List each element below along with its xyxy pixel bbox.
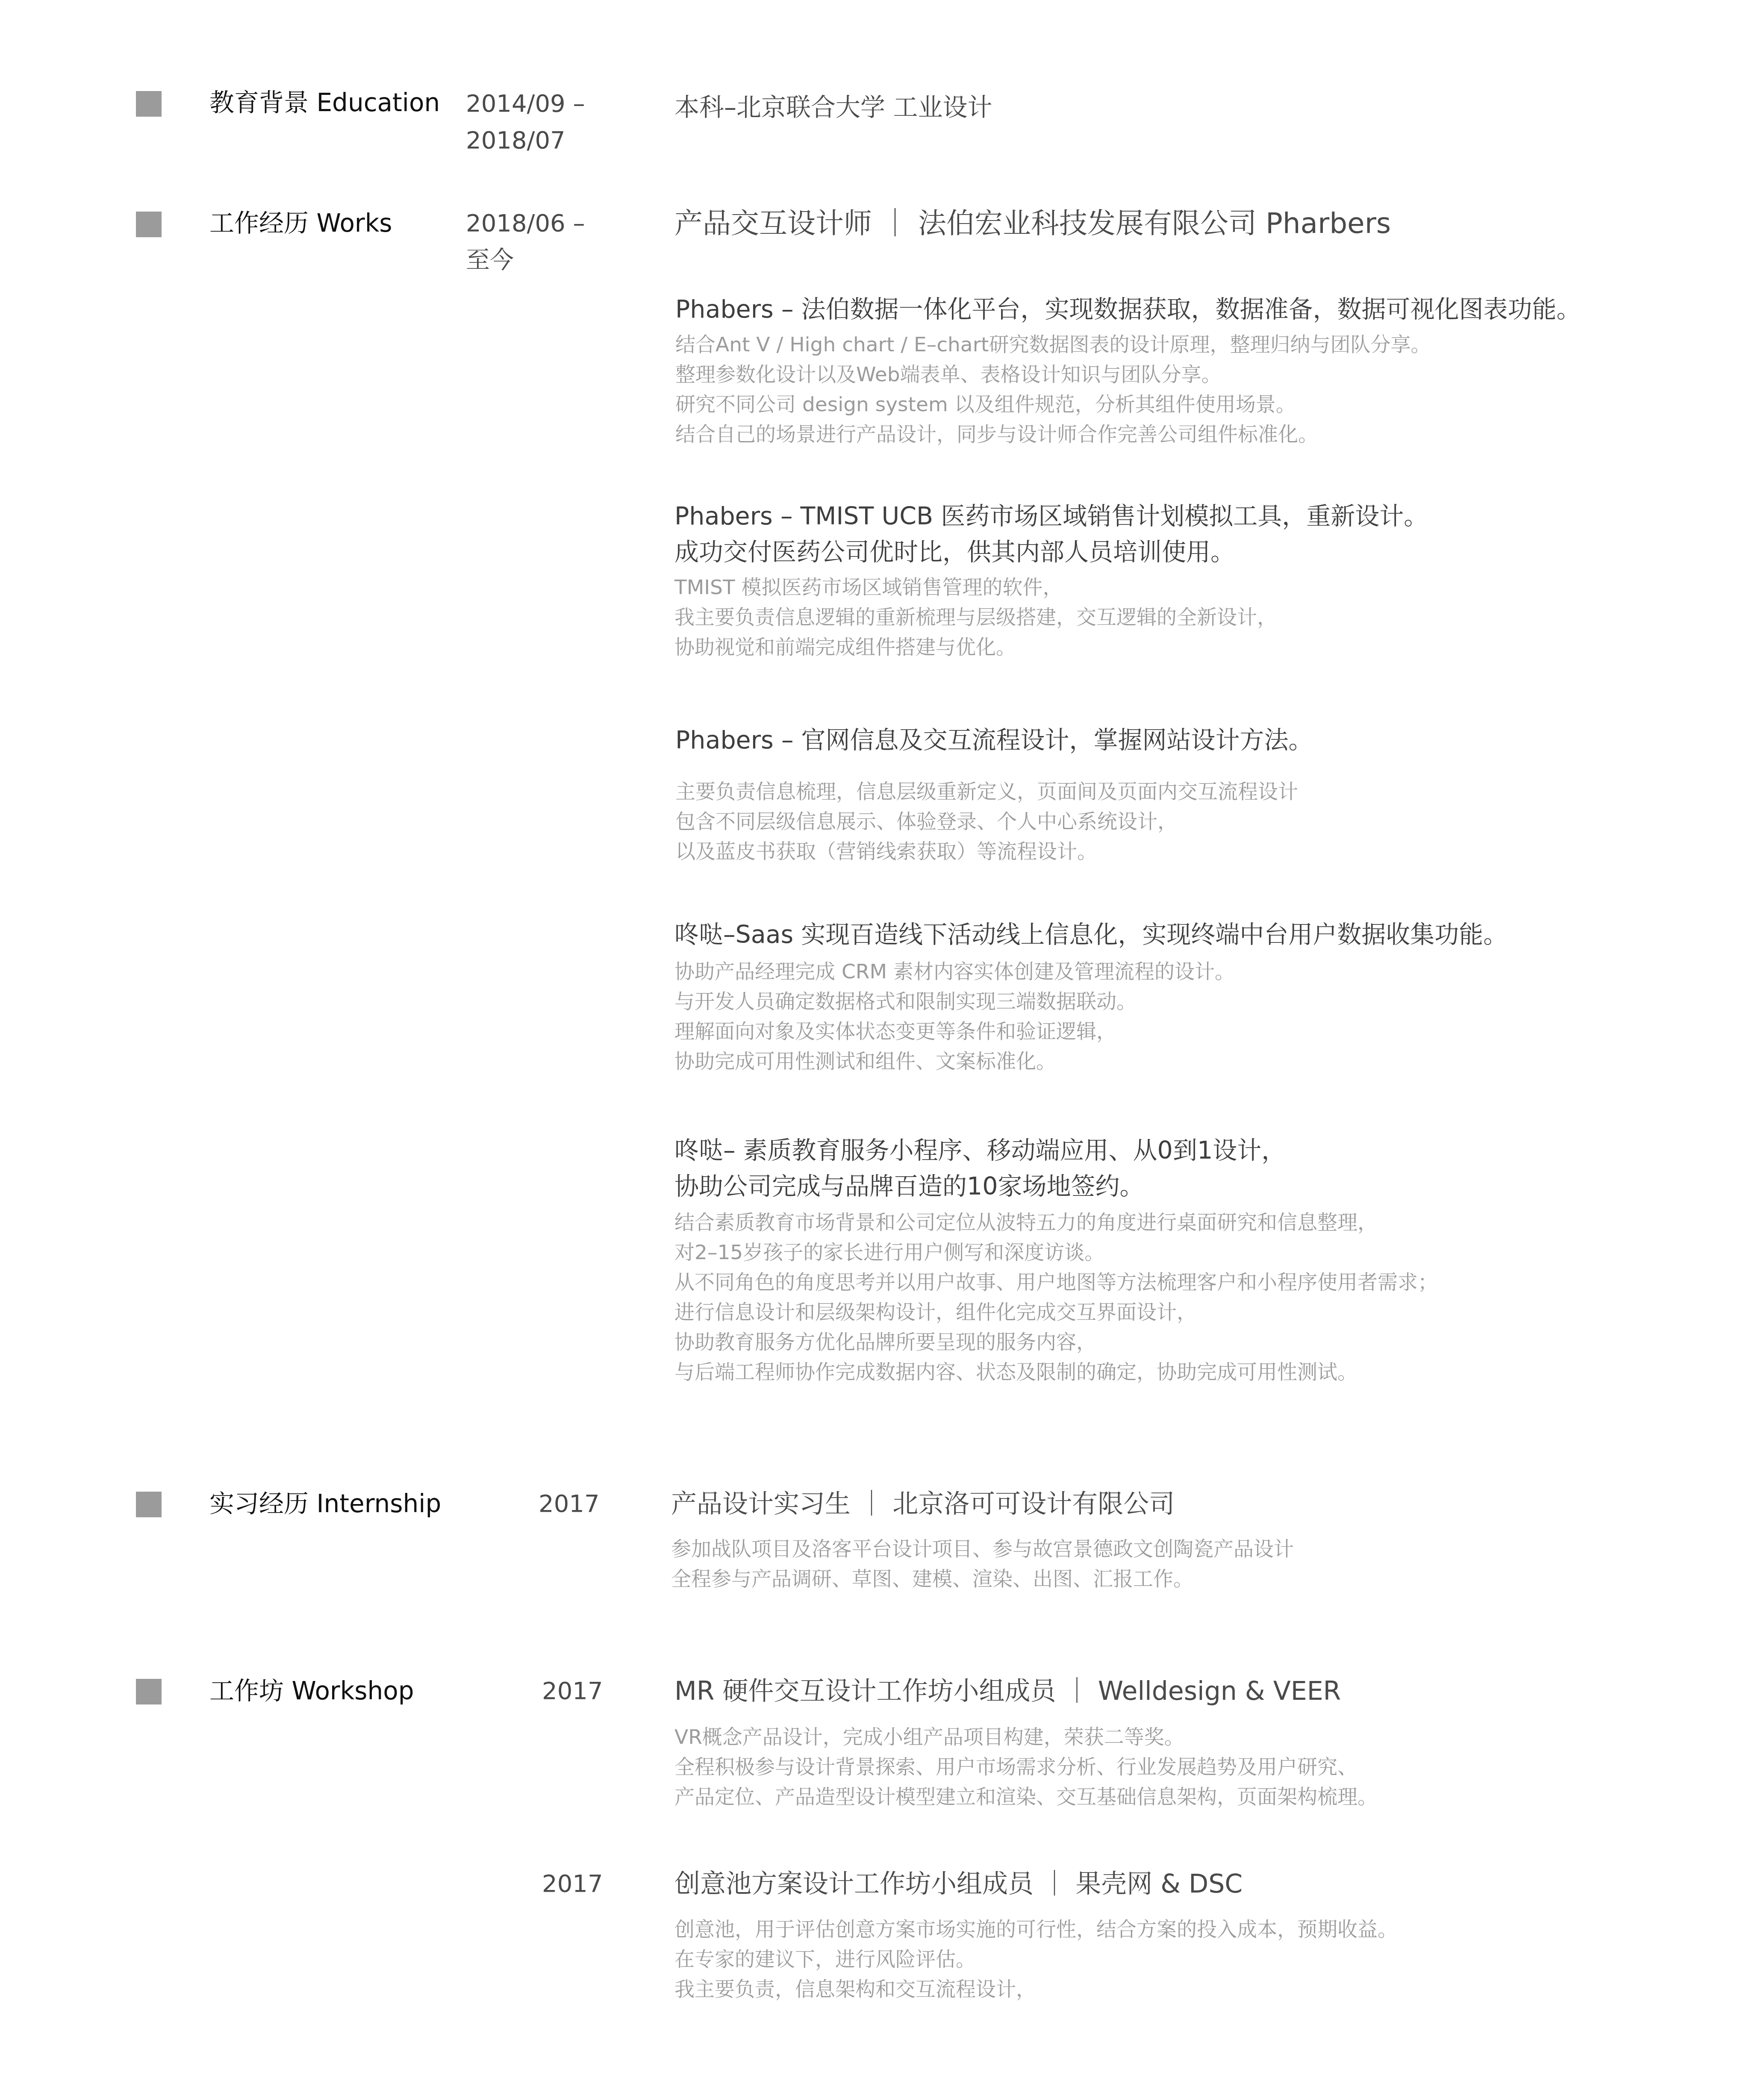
project-desc-line: 整理参数化设计以及Web端表单、表格设计知识与团队分享。 xyxy=(675,360,1581,390)
section-label: 工作坊 Workshop xyxy=(209,1674,414,1708)
project-item: Phabers – 官网信息及交互流程设计，掌握网站设计方法。 主要负责信息梳理… xyxy=(675,722,1313,867)
project-title: Phabers – 官网信息及交互流程设计，掌握网站设计方法。 xyxy=(675,722,1313,758)
workshop-description: VR概念产品设计，完成小组产品项目构建，荣获二等奖。 全程积极参与设计背景探索、… xyxy=(674,1722,1378,1812)
project-desc-line: 我主要负责信息逻辑的重新梳理与层级搭建，交互逻辑的全新设计， xyxy=(674,603,1428,633)
workshop-headline: MR 硬件交互设计工作坊小组成员 ｜ Welldesign & VEER xyxy=(674,1673,1341,1710)
project-desc-line: 以及蓝皮书获取（营销线索获取）等流程设计。 xyxy=(675,837,1313,867)
date-start: 2014/09 – xyxy=(466,85,585,122)
date-range: 2014/09 – 2018/07 xyxy=(466,85,585,159)
project-desc-line: 进行信息设计和层级架构设计，组件化完成交互界面设计， xyxy=(674,1298,1438,1328)
date: 2017 xyxy=(539,1486,600,1522)
project-desc-line: 协助完成可用性测试和组件、文案标准化。 xyxy=(674,1047,1508,1077)
desc-line: 全程参与产品调研、草图、建模、渲染、出图、汇报工作。 xyxy=(671,1564,1294,1594)
date: 2017 xyxy=(542,1866,603,1902)
internship-headline: 产品设计实习生 ｜ 北京洛可可设计有限公司 xyxy=(671,1486,1175,1522)
project-desc-line: 结合素质教育市场背景和公司定位从波特五力的角度进行桌面研究和信息整理， xyxy=(674,1208,1438,1238)
section-label: 实习经历 Internship xyxy=(209,1487,441,1521)
section-marker-square-icon xyxy=(136,1679,162,1704)
project-desc-line: 结合Ant V / High chart / E–chart研究数据图表的设计原… xyxy=(675,330,1581,360)
project-title: 咚哒– 素质教育服务小程序、移动端应用、从0到1设计， xyxy=(674,1133,1438,1169)
desc-line: VR概念产品设计，完成小组产品项目构建，荣获二等奖。 xyxy=(674,1722,1378,1752)
project-desc-line: 理解面向对象及实体状态变更等条件和验证逻辑， xyxy=(674,1017,1508,1047)
project-desc-line: 与后端工程师协作完成数据内容、状态及限制的确定，协助完成可用性测试。 xyxy=(674,1357,1438,1387)
project-desc-line: 协助视觉和前端完成组件搭建与优化。 xyxy=(674,633,1428,662)
workshop-description: 创意池，用于评估创意方案市场实施的可行性，结合方案的投入成本，预期收益。 在专家… xyxy=(674,1915,1398,2005)
internship-description: 参加战队项目及洛客平台设计项目、参与故宫景德政文创陶瓷产品设计 全程参与产品调研… xyxy=(671,1534,1294,1594)
desc-line: 我主要负责，信息架构和交互流程设计， xyxy=(674,1975,1398,2005)
desc-line: 创意池，用于评估创意方案市场实施的可行性，结合方案的投入成本，预期收益。 xyxy=(674,1915,1398,1945)
project-item: 咚哒–Saas 实现百造线下活动线上信息化，实现终端中台用户数据收集功能。 协助… xyxy=(674,917,1508,1077)
section-marker-square-icon xyxy=(136,1492,162,1517)
project-desc-line: 与开发人员确定数据格式和限制实现三端数据联动。 xyxy=(674,987,1508,1017)
project-desc-line: 对2–15岁孩子的家长进行用户侧写和深度访谈。 xyxy=(674,1238,1438,1268)
project-desc-line: 结合自己的场景进行产品设计，同步与设计师合作完善公司组件标准化。 xyxy=(675,420,1581,450)
section-label: 教育背景 Education xyxy=(209,85,440,120)
education-headline: 本科–北京联合大学 工业设计 xyxy=(674,89,992,126)
project-title: 咚哒–Saas 实现百造线下活动线上信息化，实现终端中台用户数据收集功能。 xyxy=(674,917,1508,953)
project-title: 成功交付医药公司优时比，供其内部人员培训使用。 xyxy=(674,534,1428,570)
project-item: 咚哒– 素质教育服务小程序、移动端应用、从0到1设计， 协助公司完成与品牌百造的… xyxy=(674,1133,1438,1387)
desc-line: 产品定位、产品造型设计模型建立和渲染、交互基础信息架构，页面架构梳理。 xyxy=(674,1782,1378,1812)
date-start: 2018/06 – xyxy=(466,205,585,242)
desc-line: 在专家的建议下，进行风险评估。 xyxy=(674,1945,1398,1975)
project-desc-line: 从不同角色的角度思考并以用户故事、用户地图等方法梳理客户和小程序使用者需求； xyxy=(674,1268,1438,1298)
section-marker-square-icon xyxy=(136,91,162,117)
project-desc-line: 主要负责信息梳理，信息层级重新定义，页面间及页面内交互流程设计 xyxy=(675,777,1313,807)
project-desc-line: 研究不同公司 design system 以及组件规范，分析其组件使用场景。 xyxy=(675,390,1581,420)
project-title: Phabers – 法伯数据一体化平台，实现数据获取，数据准备，数据可视化图表功… xyxy=(675,291,1581,327)
project-item: Phabers – TMIST UCB 医药市场区域销售计划模拟工具，重新设计。… xyxy=(674,498,1428,662)
section-label: 工作经历 Works xyxy=(209,206,392,240)
workshop-headline: 创意池方案设计工作坊小组成员 ｜ 果壳网 & DSC xyxy=(674,1866,1243,1902)
date-end: 至今 xyxy=(466,242,585,279)
project-item: Phabers – 法伯数据一体化平台，实现数据获取，数据准备，数据可视化图表功… xyxy=(675,291,1581,450)
project-desc-line: 协助教育服务方优化品牌所要呈现的服务内容， xyxy=(674,1328,1438,1357)
date: 2017 xyxy=(542,1673,603,1710)
section-marker-square-icon xyxy=(136,212,162,237)
date-end: 2018/07 xyxy=(466,122,585,159)
desc-line: 全程积极参与设计背景探索、用户市场需求分析、行业发展趋势及用户研究、 xyxy=(674,1752,1378,1782)
project-desc-line: 包含不同层级信息展示、体验登录、个人中心系统设计， xyxy=(675,807,1313,837)
desc-line: 参加战队项目及洛客平台设计项目、参与故宫景德政文创陶瓷产品设计 xyxy=(671,1534,1294,1564)
date-range: 2018/06 – 至今 xyxy=(466,205,585,279)
project-title: 协助公司完成与品牌百造的10家场地签约。 xyxy=(674,1169,1438,1204)
project-desc-line: TMIST 模拟医药市场区域销售管理的软件， xyxy=(674,573,1428,603)
project-title: Phabers – TMIST UCB 医药市场区域销售计划模拟工具，重新设计。 xyxy=(674,498,1428,534)
project-desc-line: 协助产品经理完成 CRM 素材内容实体创建及管理流程的设计。 xyxy=(674,957,1508,987)
job-headline: 产品交互设计师 ｜ 法伯宏业科技发展有限公司 Pharbers xyxy=(674,205,1391,242)
